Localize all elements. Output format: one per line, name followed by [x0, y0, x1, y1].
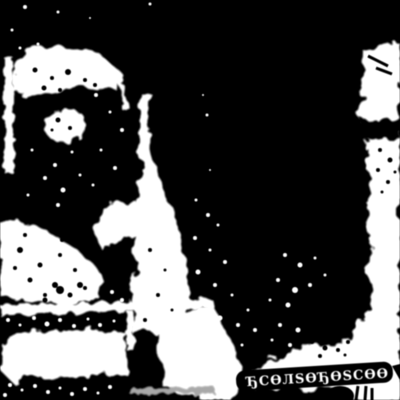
speck [213, 283, 217, 287]
speck [23, 5, 27, 9]
speck [53, 163, 57, 167]
speck [31, 149, 34, 152]
speck [109, 111, 112, 114]
speck [236, 323, 240, 327]
speck [206, 114, 209, 117]
speck [224, 374, 227, 377]
speck [33, 384, 37, 388]
speck [45, 322, 50, 327]
speck [27, 194, 30, 197]
white-block-left [2, 329, 127, 380]
speck [21, 389, 24, 392]
speck [97, 392, 100, 395]
speck [113, 320, 116, 323]
pillar-mid-block [364, 132, 400, 316]
speck [234, 381, 237, 384]
speck [231, 294, 234, 297]
speck [3, 393, 7, 397]
speck [298, 263, 303, 268]
speck [203, 303, 207, 307]
speck [314, 257, 317, 260]
photo-canvas: ЂСӨЛЅӨЂӨЅСӨӨ [0, 0, 400, 400]
speck [223, 260, 227, 264]
speck [70, 392, 74, 396]
speck [283, 253, 287, 257]
speck [79, 174, 82, 177]
speck [87, 318, 90, 321]
speck [247, 309, 250, 312]
speck [193, 236, 197, 240]
speck [32, 316, 36, 320]
speck [228, 360, 232, 364]
speck [37, 43, 40, 46]
speck [288, 343, 292, 347]
arch-center-blob [45, 109, 86, 142]
speck [19, 324, 22, 327]
speck [149, 3, 152, 6]
speck [209, 249, 212, 252]
speck [46, 390, 50, 394]
speck [120, 128, 124, 132]
speck [11, 29, 14, 32]
speck [101, 60, 105, 64]
speck [61, 188, 66, 193]
speck [83, 387, 87, 391]
speck [108, 385, 112, 389]
speck [57, 11, 60, 14]
speck [196, 270, 201, 275]
speck [324, 274, 327, 277]
speck [206, 213, 210, 217]
speck [43, 176, 47, 180]
speck [8, 383, 12, 387]
speck [286, 303, 291, 308]
speck [71, 151, 74, 154]
speck [195, 199, 198, 202]
speck [209, 169, 211, 171]
speck [100, 149, 103, 152]
shelf-post [127, 311, 134, 351]
speck [94, 93, 98, 97]
monochrome-photo: ЂСӨЛЅӨЂӨЅСӨӨ [0, 0, 400, 400]
speck [202, 94, 204, 96]
speck [19, 47, 22, 50]
speck [6, 318, 10, 322]
pillar-top-block [360, 42, 400, 124]
speck [271, 339, 274, 342]
speck [218, 316, 223, 321]
speck [278, 323, 282, 327]
speck [292, 287, 298, 293]
speck [253, 328, 257, 332]
speck [92, 184, 95, 187]
speck [220, 348, 224, 352]
speck [56, 203, 60, 207]
speck [59, 387, 62, 390]
speck [296, 328, 301, 333]
speck [72, 324, 76, 328]
speck [276, 278, 280, 282]
speck [120, 298, 124, 302]
speck [117, 74, 120, 77]
speck [241, 344, 244, 347]
speck [110, 290, 114, 294]
speck [89, 17, 91, 19]
speck [98, 323, 102, 327]
speck [308, 283, 312, 287]
speck [113, 166, 117, 170]
speck [210, 336, 214, 340]
speck [269, 299, 272, 302]
speck [58, 318, 62, 322]
speck [217, 224, 220, 227]
arch-left-streak [4, 58, 14, 173]
